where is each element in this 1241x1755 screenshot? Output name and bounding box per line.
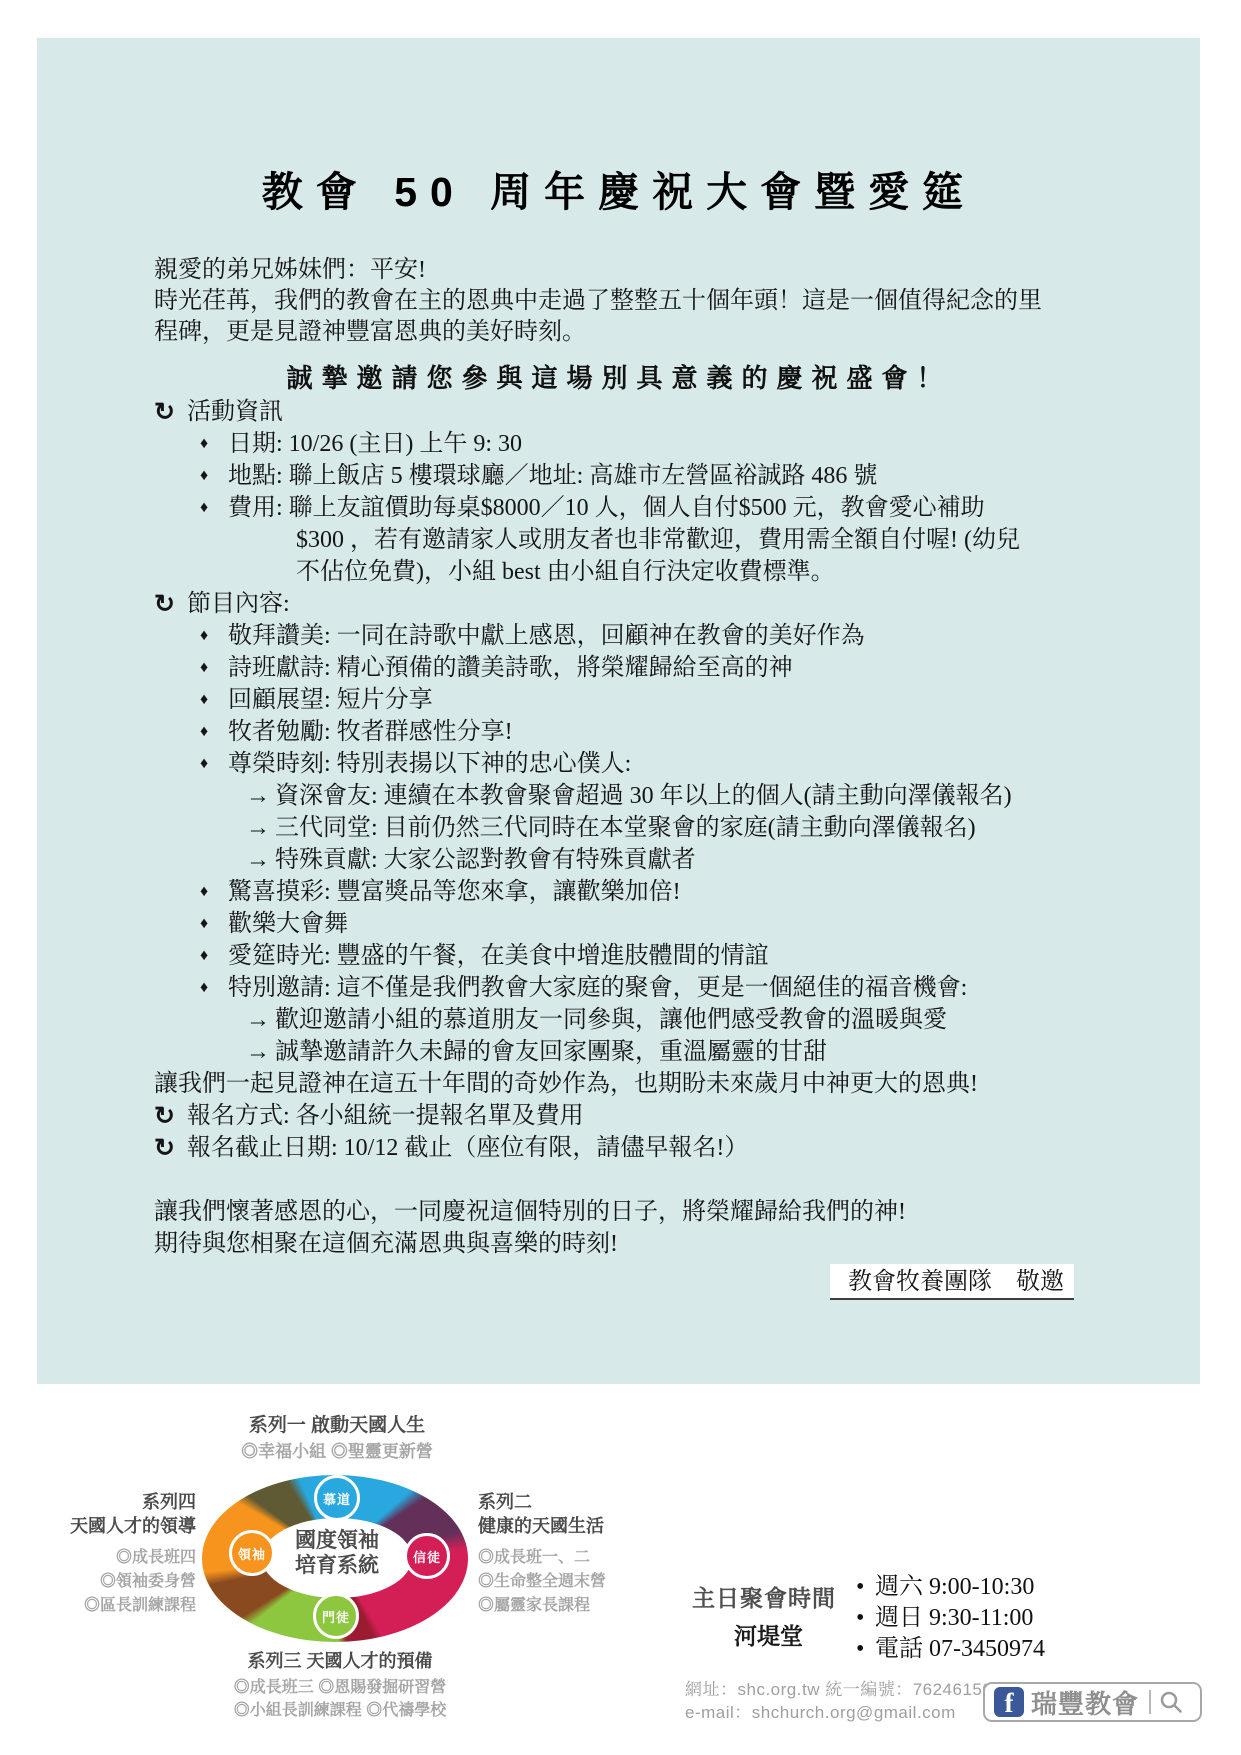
schedule-text: 週日 9:30-11:00 bbox=[875, 1603, 1033, 1634]
series3-item-line: ◎成長班三 ◎恩賜發掘研習營 bbox=[160, 1676, 520, 1699]
schedule-list: • 週六 9:00-10:30 • 週日 9:30-11:00 • 電話 07-… bbox=[856, 1572, 1045, 1665]
circular-arrow-icon: ↻ bbox=[154, 1132, 187, 1164]
series4-block: 系列四 天國人才的領導 ◎成長班四 ◎領袖委身營 ◎區長訓練課程 bbox=[70, 1490, 196, 1618]
diamond-bullet-icon: ♦ bbox=[200, 620, 228, 652]
program-item: ♦ 歡樂大會舞 bbox=[200, 908, 1084, 940]
ring-center-label: 國度領袖 培育系統 bbox=[262, 1528, 412, 1578]
arrow-bullet-icon: → bbox=[246, 1036, 275, 1068]
program-item-text: 愛筵時光: 豐盛的午餐，在美食中增進肢體間的情誼 bbox=[228, 940, 1084, 972]
diamond-bullet-icon: ♦ bbox=[200, 972, 228, 1004]
signup-method-text: 報名方式: 各小組統一提報名單及費用 bbox=[187, 1100, 584, 1132]
series4-item: ◎領袖委身營 bbox=[70, 1570, 196, 1594]
section-activity-heading: ↻ 活動資訊 bbox=[154, 396, 1084, 428]
series2-title-line: 健康的天國生活 bbox=[478, 1514, 606, 1538]
flyer-panel: 教會 50 周年慶祝大會暨愛筵 親愛的弟兄姊妹們：平安! 時光荏苒，我們的教會在… bbox=[37, 38, 1200, 1384]
diamond-bullet-icon: ♦ bbox=[200, 684, 228, 716]
program-item: ♦ 尊榮時刻: 特別表揚以下神的忠心僕人: bbox=[200, 748, 1084, 780]
program-item-text: 歡樂大會舞 bbox=[228, 908, 1084, 940]
email-line: e-mail：shchurch.org@gmail.com bbox=[685, 1701, 992, 1724]
series3-items: ◎成長班三 ◎恩賜發掘研習營 ◎小組長訓練課程 ◎代禱學校 bbox=[160, 1676, 520, 1722]
contact-info: 網址：shc.org.tw 統一編號：76246150 e-mail：shchu… bbox=[685, 1678, 992, 1724]
diamond-bullet-icon: ♦ bbox=[200, 652, 228, 684]
arrow-bullet-icon: → bbox=[246, 1004, 275, 1036]
flyer-content: 教會 50 周年慶祝大會暨愛筵 親愛的弟兄姊妹們：平安! 時光荏苒，我們的教會在… bbox=[154, 38, 1084, 1300]
series4-title: 系列四 天國人才的領導 bbox=[70, 1490, 196, 1538]
signature: 教會牧養團隊 敬邀 bbox=[830, 1264, 1074, 1300]
circular-arrow-icon: ↻ bbox=[154, 1100, 187, 1132]
program-sub-text: 誠摯邀請許久未歸的會友回家團聚，重溫屬靈的甘甜 bbox=[275, 1036, 827, 1068]
signature-row: 教會牧養團隊 敬邀 bbox=[154, 1264, 1084, 1300]
series3-item-line: ◎小組長訓練課程 ◎代禱學校 bbox=[160, 1699, 520, 1722]
series4-item: ◎成長班四 bbox=[70, 1546, 196, 1570]
program-item: ♦ 驚喜摸彩: 豐富獎品等您來拿，讓歡樂加倍! bbox=[200, 876, 1084, 908]
program-sub-text: 特殊貢獻: 大家公認對教會有特殊貢獻者 bbox=[275, 844, 696, 876]
program-sub-item: → 資深會友: 連續在本教會聚會超過 30 年以上的個人(請主動向澤儀報名) bbox=[246, 780, 1084, 812]
dot-bullet-icon: • bbox=[856, 1634, 875, 1665]
outro-line: 讓我們懷著感恩的心，一同慶祝這個特別的日子，將榮耀歸給我們的神! bbox=[154, 1196, 1084, 1228]
dot-bullet-icon: • bbox=[856, 1603, 875, 1634]
closing-line: 讓我們一起見證神在這五十年間的奇妙作為，也期盼未來歲月中神更大的恩典! bbox=[154, 1068, 1084, 1100]
intro-line: 親愛的弟兄姊妹們：平安! bbox=[154, 255, 1084, 286]
program-item-text: 回顧展望: 短片分享 bbox=[228, 684, 1084, 716]
ring-center-line: 國度領袖 bbox=[262, 1528, 412, 1553]
schedule-text: 電話 07-3450974 bbox=[875, 1634, 1045, 1665]
series4-title-line: 系列四 bbox=[70, 1490, 196, 1514]
schedule-text: 週六 9:00-10:30 bbox=[875, 1572, 1034, 1603]
activity-item-date: ♦ 日期: 10/26 (主日) 上午 9: 30 bbox=[200, 428, 1084, 460]
search-icon bbox=[1159, 1690, 1183, 1714]
fee-line: $300 ，若有邀請家人或朋友者也非常歡迎，費用需全額自付喔! (幼兒 bbox=[228, 524, 1084, 556]
series4-item: ◎區長訓練課程 bbox=[70, 1594, 196, 1618]
program-sub-item: → 歡迎邀請小組的慕道朋友一同參與，讓他們感受教會的溫暖與愛 bbox=[246, 1004, 1084, 1036]
node-believer: 信徒 bbox=[404, 1533, 450, 1579]
fee-line: 不佔位免費)，小組 best 由小組自行決定收費標準。 bbox=[228, 556, 1084, 588]
diamond-bullet-icon: ♦ bbox=[200, 748, 228, 780]
facebook-icon: f bbox=[994, 1687, 1024, 1717]
program-sub-text: 資深會友: 連續在本教會聚會超過 30 年以上的個人(請主動向澤儀報名) bbox=[275, 780, 1012, 812]
section-heading-label: 節目內容: bbox=[187, 588, 290, 620]
activity-item-location: ♦ 地點: 聯上飯店 5 樓環球廳／地址: 高雄市左營區裕誠路 486 號 bbox=[200, 460, 1084, 492]
program-item-text: 特別邀請: 這不僅是我們教會大家庭的聚會，更是一個絕佳的福音機會: bbox=[228, 972, 1084, 1004]
program-item-text: 詩班獻詩: 精心預備的讚美詩歌，將榮耀歸給至高的神 bbox=[228, 652, 1084, 684]
badge-divider bbox=[1149, 1690, 1151, 1714]
invitation-headline: 誠摯邀請您參與這場別具意義的慶祝盛會！ bbox=[154, 362, 1084, 394]
signup-deadline-text: 報名截止日期: 10/12 截止（座位有限，請儘早報名!） bbox=[187, 1132, 748, 1164]
intro-line: 程碑，更是見證神豐富恩典的美好時刻。 bbox=[154, 317, 1084, 348]
node-leader: 領袖 bbox=[229, 1530, 275, 1576]
series2-title-line: 系列二 bbox=[478, 1490, 606, 1514]
program-item: ♦ 牧者勉勵: 牧者群感性分享! bbox=[200, 716, 1084, 748]
program-item-text: 驚喜摸彩: 豐富獎品等您來拿，讓歡樂加倍! bbox=[228, 876, 1084, 908]
program-item: ♦ 詩班獻詩: 精心預備的讚美詩歌，將榮耀歸給至高的神 bbox=[200, 652, 1084, 684]
program-item-text: 敬拜讚美: 一同在詩歌中獻上感恩，回顧神在教會的美好作為 bbox=[228, 620, 1084, 652]
arrow-bullet-icon: → bbox=[246, 844, 275, 876]
diamond-bullet-icon: ♦ bbox=[200, 716, 228, 748]
series2-title: 系列二 健康的天國生活 bbox=[478, 1490, 606, 1538]
program-item: ♦ 回顧展望: 短片分享 bbox=[200, 684, 1084, 716]
program-item: ♦ 愛筵時光: 豐盛的午餐，在美食中增進肢體間的情誼 bbox=[200, 940, 1084, 972]
series4-title-line: 天國人才的領導 bbox=[70, 1514, 196, 1538]
schedule-row: • 電話 07-3450974 bbox=[856, 1634, 1045, 1665]
dot-bullet-icon: • bbox=[856, 1572, 875, 1603]
arrow-bullet-icon: → bbox=[246, 780, 275, 812]
sunday-meeting-heading: 主日聚會時間 bbox=[692, 1580, 836, 1613]
hall-name: 河堤堂 bbox=[734, 1618, 803, 1651]
program-sub-text: 三代同堂: 目前仍然三代同時在本堂聚會的家庭(請主動向澤儀報名) bbox=[275, 812, 976, 844]
circular-arrow-icon: ↻ bbox=[154, 588, 187, 620]
schedule-row: • 週日 9:30-11:00 bbox=[856, 1603, 1045, 1634]
ring-center-line: 培育系統 bbox=[262, 1553, 412, 1578]
series2-block: 系列二 健康的天國生活 ◎成長班一、二 ◎生命整全週末營 ◎屬靈家長課程 bbox=[478, 1490, 606, 1618]
program-sub-text: 歡迎邀請小組的慕道朋友一同參與，讓他們感受教會的溫暖與愛 bbox=[275, 1004, 947, 1036]
signup-method-row: ↻ 報名方式: 各小組統一提報名單及費用 bbox=[154, 1100, 1084, 1132]
series2-items: ◎成長班一、二 ◎生命整全週末營 ◎屬靈家長課程 bbox=[478, 1546, 606, 1618]
website-line: 網址：shc.org.tw 統一編號：76246150 bbox=[685, 1678, 992, 1701]
arrow-bullet-icon: → bbox=[246, 812, 275, 844]
program-sub-item: → 誠摯邀請許久未歸的會友回家團聚，重溫屬靈的甘甜 bbox=[246, 1036, 1084, 1068]
activity-item-text: 日期: 10/26 (主日) 上午 9: 30 bbox=[228, 428, 1084, 460]
facebook-badge: f 瑞豐教會 bbox=[983, 1682, 1202, 1722]
fee-line: 費用: 聯上友誼價助每桌$8000／10 人，個人自付$500 元，教會愛心補助 bbox=[228, 492, 1084, 524]
node-seeker: 慕道 bbox=[314, 1475, 360, 1521]
outro-line: 期待與您相聚在這個充滿恩典與喜樂的時刻! bbox=[154, 1228, 1084, 1260]
diamond-bullet-icon: ♦ bbox=[200, 940, 228, 972]
program-item: ♦ 特別邀請: 這不僅是我們教會大家庭的聚會，更是一個絕佳的福音機會: bbox=[200, 972, 1084, 1004]
series2-item: ◎屬靈家長課程 bbox=[478, 1594, 606, 1618]
signup-deadline-row: ↻ 報名截止日期: 10/12 截止（座位有限，請儘早報名!） bbox=[154, 1132, 1084, 1164]
outro-paragraph: 讓我們懷著感恩的心，一同慶祝這個特別的日子，將榮耀歸給我們的神! 期待與您相聚在… bbox=[154, 1196, 1084, 1260]
program-item: ♦ 敬拜讚美: 一同在詩歌中獻上感恩，回顧神在教會的美好作為 bbox=[200, 620, 1084, 652]
program-item-text: 尊榮時刻: 特別表揚以下神的忠心僕人: bbox=[228, 748, 1084, 780]
circular-arrow-icon: ↻ bbox=[154, 396, 187, 428]
program-sub-item: → 特殊貢獻: 大家公認對教會有特殊貢獻者 bbox=[246, 844, 1084, 876]
intro-line: 時光荏苒，我們的教會在主的恩典中走過了整整五十個年頭！這是一個值得紀念的里 bbox=[154, 286, 1084, 317]
page-title: 教會 50 周年慶祝大會暨愛筵 bbox=[154, 166, 1084, 218]
activity-item-text: 地點: 聯上飯店 5 樓環球廳／地址: 高雄市左營區裕誠路 486 號 bbox=[228, 460, 1084, 492]
section-program-heading: ↻ 節目內容: bbox=[154, 588, 1084, 620]
node-disciple: 門徒 bbox=[313, 1593, 359, 1639]
activity-item-text: 費用: 聯上友誼價助每桌$8000／10 人，個人自付$500 元，教會愛心補助… bbox=[228, 492, 1084, 588]
program-sub-item: → 三代同堂: 目前仍然三代同時在本堂聚會的家庭(請主動向澤儀報名) bbox=[246, 812, 1084, 844]
flyer-body-list: ↻ 活動資訊 ♦ 日期: 10/26 (主日) 上午 9: 30 ♦ 地點: 聯… bbox=[154, 396, 1084, 1164]
diamond-bullet-icon: ♦ bbox=[200, 908, 228, 940]
diamond-bullet-icon: ♦ bbox=[200, 876, 228, 908]
series4-items: ◎成長班四 ◎領袖委身營 ◎區長訓練課程 bbox=[70, 1546, 196, 1618]
intro-paragraph: 親愛的弟兄姊妹們：平安! 時光荏苒，我們的教會在主的恩典中走過了整整五十個年頭！… bbox=[154, 255, 1084, 348]
diamond-bullet-icon: ♦ bbox=[200, 492, 228, 588]
series1-items: ◎幸福小組 ◎聖靈更新營 bbox=[157, 1441, 517, 1463]
program-item-text: 牧者勉勵: 牧者群感性分享! bbox=[228, 716, 1084, 748]
series3-title: 系列三 天國人才的預備 bbox=[190, 1649, 490, 1673]
series2-item: ◎生命整全週末營 bbox=[478, 1570, 606, 1594]
schedule-row: • 週六 9:00-10:30 bbox=[856, 1572, 1045, 1603]
activity-item-fee: ♦ 費用: 聯上友誼價助每桌$8000／10 人，個人自付$500 元，教會愛心… bbox=[200, 492, 1084, 588]
facebook-page-name: 瑞豐教會 bbox=[1031, 1684, 1139, 1721]
series2-item: ◎成長班一、二 bbox=[478, 1546, 606, 1570]
section-heading-label: 活動資訊 bbox=[187, 396, 283, 428]
series1-title: 系列一 啟動天國人生 bbox=[187, 1414, 487, 1438]
diamond-bullet-icon: ♦ bbox=[200, 460, 228, 492]
diamond-bullet-icon: ♦ bbox=[200, 428, 228, 460]
